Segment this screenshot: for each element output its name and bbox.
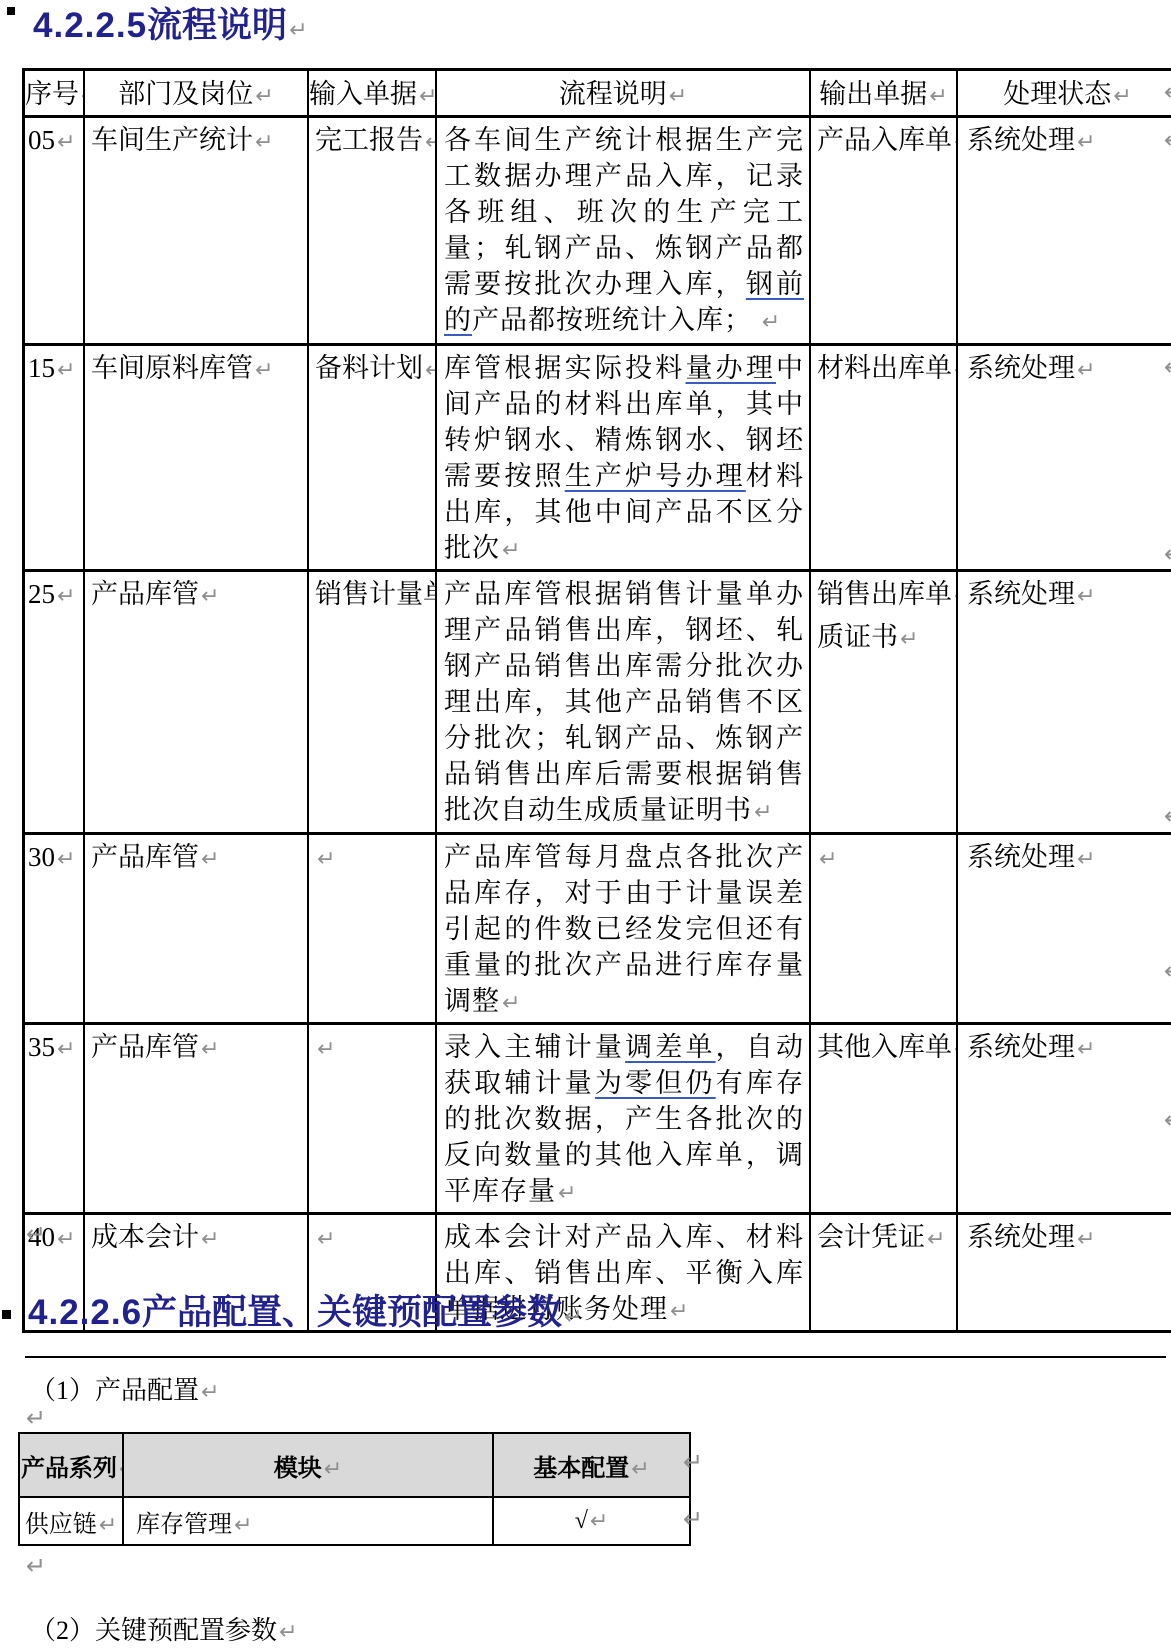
paragraph-mark-icon: ↵ <box>234 1513 252 1538</box>
paragraph-mark-icon: ↵ <box>1077 358 1095 383</box>
underlined-text: 为零但仍 <box>595 1068 716 1098</box>
process-desc-cell: 产品库管每月盘点各批次产品库存，对于由于计量误差引起的件数已经发完但还有重量的批… <box>436 834 810 1024</box>
paragraph-mark-icon: ↵ <box>324 1457 342 1482</box>
output-doc-cell: 会计凭证↵ <box>810 1214 957 1332</box>
paragraph-mark-icon: ↵ <box>255 130 273 155</box>
list-paragraph-1: （1）产品配置↵ <box>30 1370 219 1407</box>
row-end-mark-icon: ↵ <box>683 1505 703 1533</box>
process-desc-cell: 库管根据实际投料量办理中间产品的材料出库单，其中转炉钢水、精炼钢水、钢坯需要按照… <box>436 345 810 571</box>
dept-cell: 车间生产统计↵ <box>84 117 308 345</box>
paragraph-mark-icon: ↵ <box>631 1457 649 1482</box>
row-end-mark-icon: ↵ <box>683 1448 703 1476</box>
row-end-mark-icon: ↵ <box>1164 957 1171 985</box>
dept-cell: 产品库管↵ <box>84 834 308 1024</box>
input-doc-cell: 销售计量单↵ <box>308 571 436 834</box>
section-heading-4-2-2-5: 4.2.2.5流程说明↵ <box>33 4 308 53</box>
paragraph-mark-icon: ↵ <box>81 84 83 109</box>
section-title: 产品配置、关键预配置参数 <box>142 1293 562 1332</box>
paragraph-text: （2）关键预配置参数 <box>30 1616 277 1645</box>
desc-text: 产品都按班统计入库； <box>472 305 760 335</box>
paragraph-mark-icon: ↵ <box>1077 847 1095 872</box>
heading-bullet-icon <box>7 7 15 15</box>
paragraph-mark-icon: ↵ <box>57 847 75 872</box>
paragraph-mark-icon: ↵ <box>1077 584 1095 609</box>
column-header: 输入单据↵ <box>308 70 436 117</box>
config-column-header: 产品系列↵ <box>19 1433 123 1497</box>
process-table-row: 35↵产品库管↵↵录入主辅计量调差单，自动获取辅计量为零但仍有库存的批次数据，产… <box>24 1024 1171 1214</box>
underlined-text: 生产炉号办理 <box>565 461 746 491</box>
seq-cell: 35↵ <box>24 1024 85 1214</box>
status-cell: 系统处理↵ <box>957 1024 1171 1214</box>
row-end-mark-icon: ↵ <box>1164 802 1171 830</box>
paragraph-mark-icon: ↵ <box>57 1227 75 1252</box>
paragraph-mark-icon: ↵ <box>57 130 75 155</box>
output-doc-cell: 其他入库单↵ <box>810 1024 957 1214</box>
config-column-header: 模块↵ <box>123 1433 493 1497</box>
paragraph-mark-icon: ↵ <box>954 358 956 383</box>
desc-text: 库管根据实际投料 <box>444 353 685 383</box>
config-cell: 库存管理↵ <box>123 1497 493 1545</box>
section-title: 流程说明 <box>147 6 287 45</box>
process-table-row: 15↵车间原料库管↵备料计划↵库管根据实际投料量办理中间产品的材料出库单，其中转… <box>24 345 1171 571</box>
paragraph-mark-icon: ↵ <box>762 310 781 335</box>
column-header: 序号↵ <box>24 70 85 117</box>
output-doc-cell: 销售出库单↵质证书↵ <box>810 571 957 834</box>
underlined-text: 调差单 <box>625 1032 716 1062</box>
dept-cell: 产品库管↵ <box>84 1024 308 1214</box>
output-doc-cell: ↵ <box>810 834 957 1024</box>
paragraph-mark-icon: ↵ <box>929 84 947 109</box>
paragraph-mark-icon: ↵ <box>317 1227 335 1252</box>
output-doc-cell: 产品入库单↵ <box>810 117 957 345</box>
underlined-text: 量办理 <box>685 353 776 383</box>
list-paragraph-2: （2）关键预配置参数↵ <box>30 1610 297 1647</box>
paragraph-mark-icon: ↵ <box>425 130 435 155</box>
dept-cell: 产品库管↵ <box>84 571 308 834</box>
paragraph-mark-icon: ↵ <box>558 1181 577 1206</box>
paragraph-mark-icon: ↵ <box>754 800 773 825</box>
process-table-row: 05↵车间生产统计↵完工报告↵各车间生产统计根据生产完工数据办理产品入库，记录各… <box>24 117 1171 345</box>
dept-cell: 车间原料库管↵ <box>84 345 308 571</box>
paragraph-mark-icon: ↵ <box>99 1513 117 1538</box>
process-desc-cell: 产品库管根据销售计量单办理产品销售出库，钢坯、轧钢产品销售出库需分批次办理出库，… <box>436 571 810 834</box>
status-cell: 系统处理↵ <box>957 571 1171 834</box>
paragraph-mark-icon: ↵ <box>201 584 219 609</box>
paragraph-mark-icon: ↵ <box>201 1227 219 1252</box>
paragraph-mark-icon: ↵ <box>201 1380 219 1405</box>
heading-rule <box>25 1356 1166 1358</box>
paragraph-mark-icon: ↵ <box>201 847 219 872</box>
paragraph-mark-icon: ↵ <box>954 1037 956 1062</box>
config-table-row: 供应链↵库存管理↵√↵ <box>19 1497 690 1545</box>
desc-text: 产品库管每月盘点各批次产品库存，对于由于计量误差引起的件数已经发完但还有重量的批… <box>444 842 804 1016</box>
seq-cell: 15↵ <box>24 345 85 571</box>
row-end-mark-icon: ↵ <box>1164 1106 1171 1134</box>
paragraph-mark-icon: ↵ <box>201 1037 219 1062</box>
paragraph-mark-icon: ↵ <box>255 84 273 109</box>
process-table: 序号↵部门及岗位↵输入单据↵流程说明↵输出单据↵处理状态↵ 05↵车间生产统计↵… <box>22 68 1171 1333</box>
config-table-header-row: 产品系列↵模块↵基本配置↵ <box>19 1433 690 1497</box>
paragraph-mark-icon: ↵ <box>279 1620 297 1645</box>
paragraph-mark-icon: ↵ <box>502 991 521 1016</box>
paragraph-mark-icon: ↵ <box>927 1227 945 1252</box>
process-desc-cell: 各车间生产统计根据生产完工数据办理产品入库，记录各班组、班次的生产完工量；轧钢产… <box>436 117 810 345</box>
paragraph-mark-icon: ↵ <box>1077 1227 1095 1252</box>
output-doc-cell: 材料出库单↵ <box>810 345 957 571</box>
paragraph-text: （1）产品配置 <box>30 1376 199 1405</box>
status-cell: 系统处理↵ <box>957 1214 1171 1332</box>
row-end-mark-icon: ↵ <box>1164 78 1171 106</box>
paragraph-mark-icon: ↵ <box>317 847 335 872</box>
paragraph-mark-icon: ↵ <box>26 1220 46 1248</box>
paragraph-mark-icon: ↵ <box>819 847 837 872</box>
column-header: 处理状态↵ <box>957 70 1171 117</box>
config-column-header: 基本配置↵ <box>493 1433 690 1497</box>
paragraph-mark-icon: ↵ <box>900 627 918 652</box>
section-number: 4.2.2.5 <box>33 6 147 45</box>
paragraph-mark-icon: ↵ <box>57 584 75 609</box>
paragraph-mark-icon: ↵ <box>954 584 956 609</box>
process-table-row: 30↵产品库管↵↵产品库管每月盘点各批次产品库存，对于由于计量误差引起的件数已经… <box>24 834 1171 1024</box>
paragraph-mark-icon: ↵ <box>1113 84 1131 109</box>
paragraph-mark-icon: ↵ <box>669 84 687 109</box>
seq-cell: 25↵ <box>24 571 85 834</box>
paragraph-mark-icon: ↵ <box>670 1299 689 1324</box>
row-end-mark-icon: ↵ <box>1164 353 1171 381</box>
seq-cell: 30↵ <box>24 834 85 1024</box>
paragraph-mark-icon: ↵ <box>26 1552 46 1580</box>
paragraph-mark-icon: ↵ <box>289 18 307 43</box>
input-doc-cell: ↵ <box>308 1024 436 1214</box>
paragraph-mark-icon: ↵ <box>57 358 75 383</box>
input-doc-cell: 备料计划↵ <box>308 345 436 571</box>
paragraph-mark-icon: ↵ <box>26 1404 46 1432</box>
row-end-mark-icon: ↵ <box>1164 540 1171 568</box>
status-cell: 系统处理↵ <box>957 834 1171 1024</box>
paragraph-mark-icon: ↵ <box>425 358 435 383</box>
column-header: 部门及岗位↵ <box>84 70 308 117</box>
process-table-header-row: 序号↵部门及岗位↵输入单据↵流程说明↵输出单据↵处理状态↵ <box>24 70 1171 117</box>
section-heading-4-2-2-6: 4.2.2.6产品配置、关键预配置参数↵ <box>28 1291 583 1340</box>
seq-cell: 05↵ <box>24 117 85 345</box>
paragraph-mark-icon: ↵ <box>1077 1037 1095 1062</box>
paragraph-mark-icon: ↵ <box>255 358 273 383</box>
heading-bullet-icon <box>2 1310 11 1319</box>
input-doc-cell: ↵ <box>308 834 436 1024</box>
section-number: 4.2.2.6 <box>28 1293 142 1332</box>
column-header: 流程说明↵ <box>436 70 810 117</box>
paragraph-mark-icon: ↵ <box>419 84 435 109</box>
paragraph-mark-icon: ↵ <box>1077 130 1095 155</box>
checkmark-cell: √↵ <box>493 1497 690 1545</box>
paragraph-mark-icon: ↵ <box>317 1037 335 1062</box>
desc-text: 录入主辅计量 <box>444 1032 625 1062</box>
config-cell: 供应链↵ <box>19 1497 123 1545</box>
desc-text: 产品库管根据销售计量单办理产品销售出库，钢坯、轧钢产品销售出库需分批次办理出库，… <box>444 579 804 825</box>
paragraph-mark-icon: ↵ <box>954 130 956 155</box>
paragraph-mark-icon: ↵ <box>502 538 521 563</box>
input-doc-cell: 完工报告↵ <box>308 117 436 345</box>
paragraph-mark-icon: ↵ <box>564 1305 582 1330</box>
status-cell: 系统处理↵ <box>957 345 1171 571</box>
row-end-mark-icon: ↵ <box>1164 126 1171 154</box>
paragraph-mark-icon: ↵ <box>590 1509 608 1534</box>
process-table-row: 25↵产品库管↵销售计量单↵产品库管根据销售计量单办理产品销售出库，钢坯、轧钢产… <box>24 571 1171 834</box>
product-config-table: 产品系列↵模块↵基本配置↵ 供应链↵库存管理↵√↵ <box>18 1432 691 1546</box>
process-desc-cell: 录入主辅计量调差单，自动获取辅计量为零但仍有库存的批次数据，产生各批次的反向数量… <box>436 1024 810 1214</box>
column-header: 输出单据↵ <box>810 70 957 117</box>
paragraph-mark-icon: ↵ <box>57 1037 75 1062</box>
status-cell: 系统处理↵ <box>957 117 1171 345</box>
